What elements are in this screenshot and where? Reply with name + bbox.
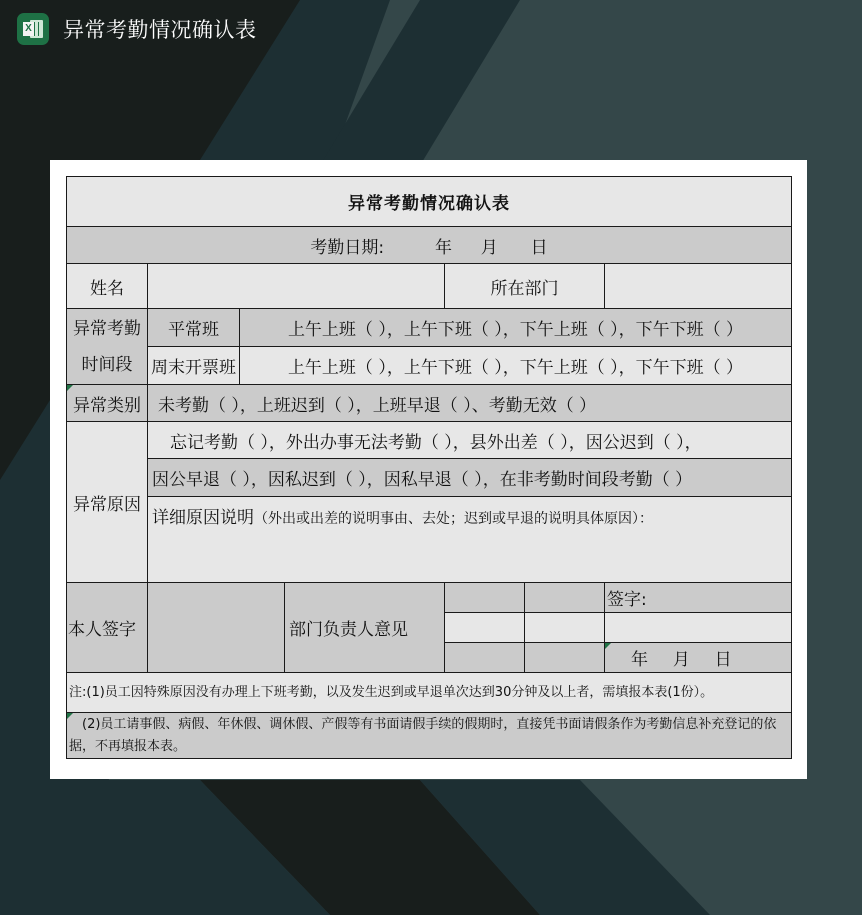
shift-type-regular: 平常班 [148,309,240,347]
manager-opinion-cell[interactable] [445,613,525,643]
reason-detail-hint: （外出或出差的说明事由、去处；迟到或早退的说明具体原因）： [254,511,653,527]
manager-sign-date[interactable]: 年 月 日 [605,643,792,673]
manager-opinion-cell[interactable] [525,643,605,673]
shift-weekend-options[interactable]: 上午上班（ ），上午下班（ ），下午上班（ ），下午下班（ ） [240,347,792,385]
period-label: 异常考勤 时间段 [67,309,148,385]
dept-input-cell[interactable] [605,264,792,309]
note-1: 注:(1)员工因特殊原因没有办理上下班考勤，以及发生迟到或早退单次达到30分钟及… [67,673,792,713]
sign-date-month: 月 [673,650,690,670]
manager-opinion-cell[interactable] [525,583,605,613]
app-title: 异常考勤情况确认表 [63,14,257,44]
form-title: 异常考勤情况确认表 [67,177,792,227]
sign-date-day: 日 [715,650,732,670]
date-row: 考勤日期: 年 月 日 [67,227,792,264]
note-2: (2)员工请事假、病假、年休假、调休假、产假等有书面请假手续的假期时，直接凭书面… [67,713,792,759]
category-options[interactable]: 未考勤（ ），上班迟到（ ），上班早退（ ）、考勤无效（ ） [148,385,792,422]
shift-regular-options[interactable]: 上午上班（ ），上午下班（ ），下午上班（ ），下午下班（ ） [240,309,792,347]
date-day-label[interactable]: 日 [531,238,548,258]
category-label: 异常类别 [67,385,148,422]
manager-opinion-cell[interactable] [525,613,605,643]
reason-options-line2[interactable]: 因公早退（ ），因私迟到（ ），因私早退（ ），在非考勤时间段考勤（ ） [148,459,792,497]
excel-icon: X [17,13,49,45]
manager-opinion-cell[interactable] [445,643,525,673]
name-input-cell[interactable] [148,264,445,309]
name-label: 姓名 [67,264,148,309]
window-header: X 异常考勤情况确认表 [0,0,862,60]
reason-options-line1[interactable]: 忘记考勤（ ），外出办事无法考勤（ ），县外出差（ ），因公迟到（ ）， [148,422,792,459]
manager-sign-field[interactable] [605,613,792,643]
reason-detail-cell[interactable]: 详细原因说明（外出或出差的说明事由、去处；迟到或早退的说明具体原因）： [148,497,792,583]
date-label: 考勤日期: [310,238,384,258]
document-page: 异常考勤情况确认表 考勤日期: 年 月 日 姓名 所在部门 异常考勤 [50,160,807,779]
manager-opinion-label: 部门负责人意见 [285,583,445,673]
reason-label: 异常原因 [67,422,148,583]
self-signature-label: 本人签字 [67,583,148,673]
date-year-label[interactable]: 年 [435,238,452,258]
shift-type-weekend: 周末开票班 [148,347,240,385]
manager-sign-label: 签字: [605,583,792,613]
self-signature-field[interactable] [148,583,285,673]
date-month-label[interactable]: 月 [481,238,498,258]
period-label-line1: 异常考勤 [67,311,147,347]
period-label-line2: 时间段 [67,347,147,383]
reason-detail-label: 详细原因说明 [152,508,254,528]
attendance-form-table: 异常考勤情况确认表 考勤日期: 年 月 日 姓名 所在部门 异常考勤 [66,176,792,759]
dept-label: 所在部门 [445,264,605,309]
manager-opinion-cell[interactable] [445,583,525,613]
sign-date-year: 年 [631,650,648,670]
excel-letter: X [23,22,34,36]
